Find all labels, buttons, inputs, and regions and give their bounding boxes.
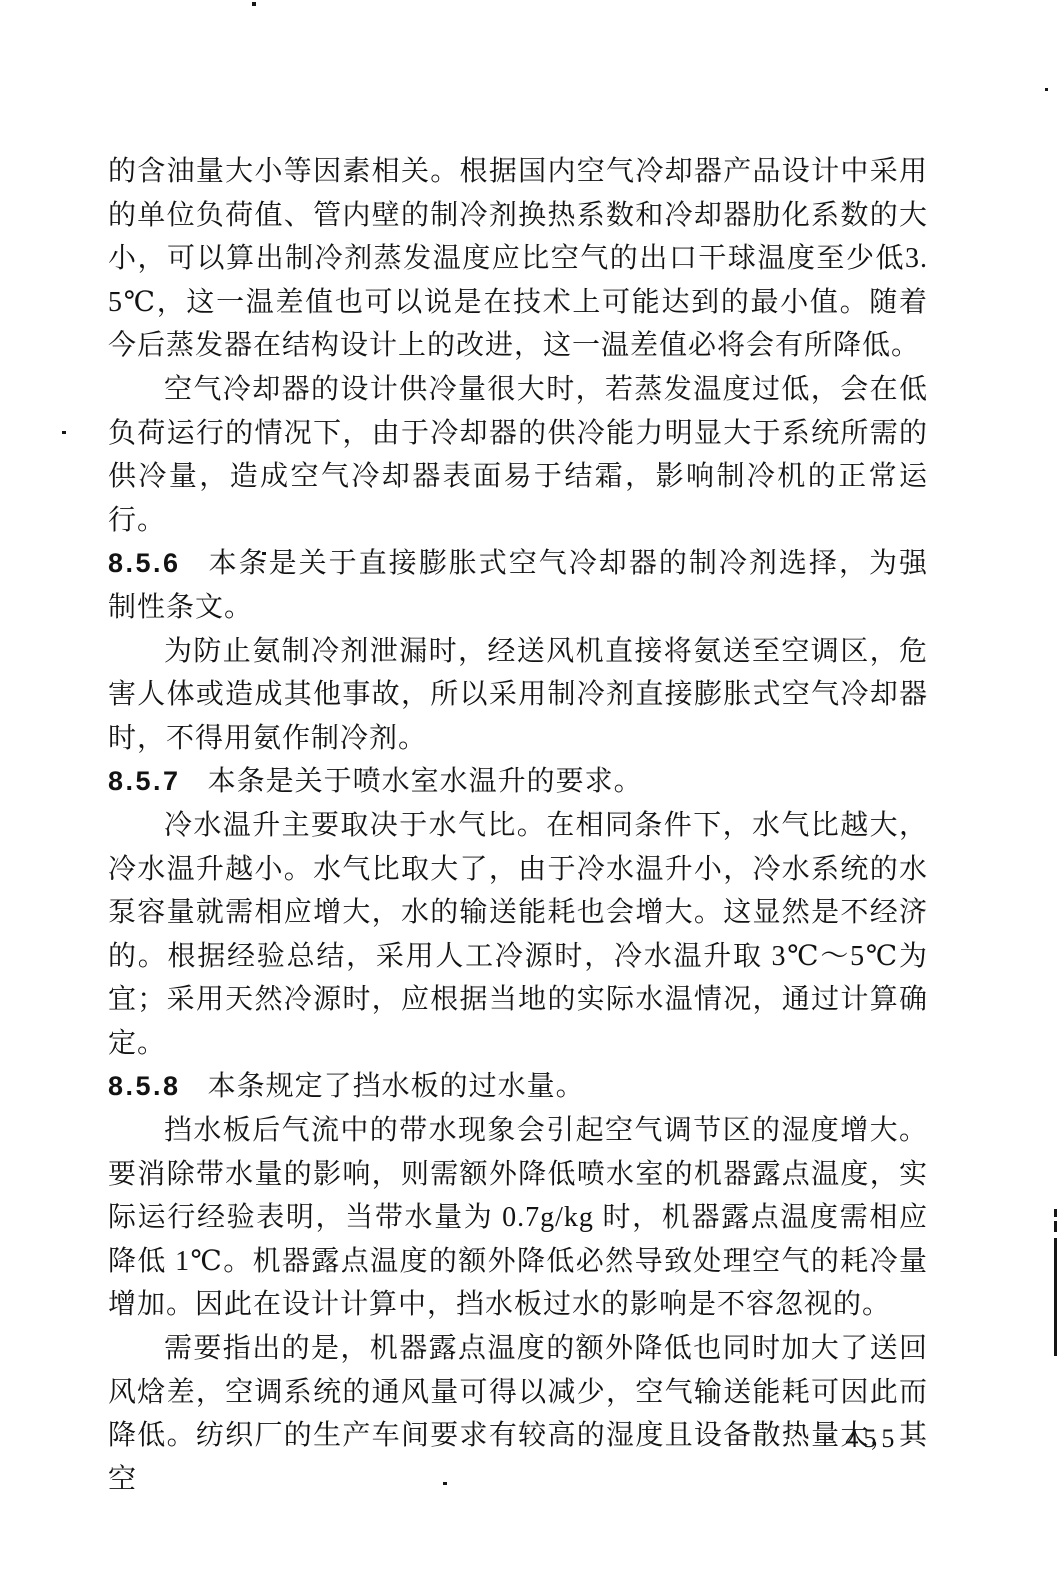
clause-8-5-6: 8.5.6本条是关于直接膨胀式空气冷却器的制冷剂选择，为强制性条文。 bbox=[108, 542, 928, 629]
paragraph-body: 挡水板后气流中的带水现象会引起空气调节区的湿度增大。要消除带水量的影响，则需额外… bbox=[108, 1109, 928, 1327]
clause-number: 8.5.8 bbox=[108, 1071, 181, 1101]
scan-edge-line bbox=[1054, 1221, 1057, 1232]
scan-speck bbox=[62, 431, 66, 434]
clause-8-5-8: 8.5.8本条规定了挡水板的过水量。 bbox=[108, 1065, 928, 1109]
scan-speck bbox=[252, 2, 256, 6]
clause-text: 本条规定了挡水板的过水量。 bbox=[208, 1071, 585, 1102]
page-number: 455 bbox=[845, 1424, 899, 1453]
footer-dot-right: · bbox=[907, 1425, 914, 1450]
paragraph-body: 空气冷却器的设计供冷量很大时，若蒸发温度过低，会在低负荷运行的情况下，由于冷却器… bbox=[108, 368, 928, 542]
clause-number: 8.5.7 bbox=[108, 766, 181, 796]
paragraph-body: 为防止氨制冷剂泄漏时，经送风机直接将氨送至空调区，危害人体或造成其他事故，所以采… bbox=[108, 630, 928, 761]
paragraph-continuation: 的含油量大小等因素相关。根据国内空气冷却器产品设计中采用的单位负荷值、管内壁的制… bbox=[108, 150, 928, 368]
scanned-page: 的含油量大小等因素相关。根据国内空气冷却器产品设计中采用的单位负荷值、管内壁的制… bbox=[0, 0, 1058, 1589]
scan-edge-line bbox=[1054, 1238, 1057, 1356]
scan-speck bbox=[262, 552, 266, 555]
clause-text: 本条是关于直接膨胀式空气冷却器的制冷剂选择，为强制性条文。 bbox=[108, 548, 928, 623]
paragraph-body: 冷水温升主要取决于水气比。在相同条件下，水气比越大，冷水温升越小。水气比取大了，… bbox=[108, 804, 928, 1066]
footer-dot-left: · bbox=[826, 1425, 833, 1450]
clause-number: 8.5.6 bbox=[108, 548, 181, 578]
page-footer: ·455· bbox=[826, 1424, 915, 1454]
text-block: 的含油量大小等因素相关。根据国内空气冷却器产品设计中采用的单位负荷值、管内壁的制… bbox=[108, 150, 928, 1501]
paragraph-body: 需要指出的是，机器露点温度的额外降低也同时加大了送回风焓差，空调系统的通风量可得… bbox=[108, 1327, 928, 1501]
scan-speck bbox=[443, 1482, 447, 1485]
scan-speck bbox=[1045, 88, 1048, 91]
clause-8-5-7: 8.5.7本条是关于喷水室水温升的要求。 bbox=[108, 760, 928, 804]
clause-text: 本条是关于喷水室水温升的要求。 bbox=[208, 766, 643, 797]
scan-edge-line bbox=[1054, 1209, 1057, 1217]
